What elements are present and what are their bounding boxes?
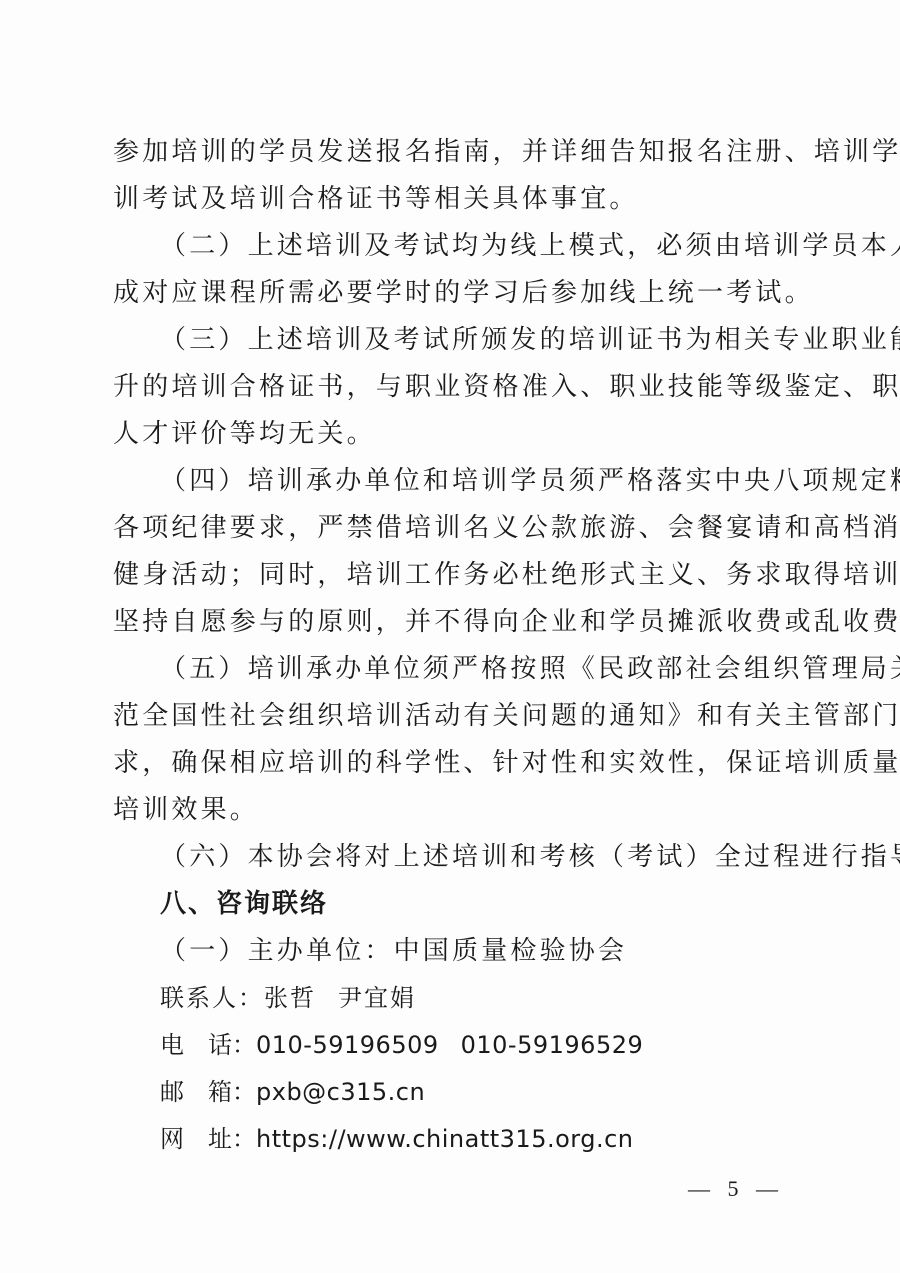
contact-person-label: 联系人： [160, 984, 264, 1012]
paragraph-line: 范全国性社会组织培训活动有关问题的通知》和有关主管部门的要 [113, 699, 793, 733]
paragraph-line: （二）上述培训及考试均为线上模式，必须由培训学员本人在完 [160, 229, 793, 263]
paragraph-line: 培训效果。 [113, 793, 793, 827]
paragraph-line: 人才评价等均无关。 [113, 417, 793, 451]
paragraph-line: 健身活动；同时，培训工作务必杜绝形式主义、务求取得培训实效， [113, 558, 793, 592]
paragraph-line: 坚持自愿参与的原则，并不得向企业和学员摊派收费或乱收费。 [113, 605, 793, 639]
paragraph-line: 求，确保相应培训的科学性、针对性和实效性，保证培训质量，提升 [113, 746, 793, 780]
phone-row: 电话：010-59196509010-59196529 [160, 1028, 840, 1062]
email-row: 邮箱：pxb@c315.cn [160, 1075, 840, 1109]
paragraph-line: 各项纪律要求，严禁借培训名义公款旅游、会餐宴请和高档消费娱乐 [113, 511, 793, 545]
website-row: 网址：https://www.chinatt315.org.cn [160, 1122, 840, 1156]
paragraph-line: （六）本协会将对上述培训和考核（考试）全过程进行指导监督。 [160, 840, 793, 874]
paragraph-line: 升的培训合格证书，与职业资格准入、职业技能等级鉴定、职业技能 [113, 370, 793, 404]
paragraph-line: （三）上述培训及考试所颁发的培训证书为相关专业职业能力提 [160, 323, 793, 357]
page-number: — 5 — [688, 1174, 784, 1204]
contact-person: 尹宜娟 [338, 984, 416, 1012]
phone-label: 电话： [160, 1028, 256, 1062]
document-page: 参加培训的学员发送报名指南，并详细告知报名注册、培训学习、培 训考试及培训合格证… [0, 0, 900, 1273]
website-link[interactable]: https://www.chinatt315.org.cn [256, 1125, 634, 1153]
paragraph-line: 参加培训的学员发送报名指南，并详细告知报名注册、培训学习、培 [113, 135, 793, 169]
contact-persons-row: 联系人：张哲尹宜娟 [160, 981, 840, 1015]
paragraph-line: （四）培训承办单位和培训学员须严格落实中央八项规定精神和 [160, 464, 793, 498]
paragraph-line: 成对应课程所需必要学时的学习后参加线上统一考试。 [113, 276, 793, 310]
organizer-line: （一）主办单位：中国质量检验协会 [160, 934, 793, 968]
phone-number: 010-59196529 [461, 1031, 644, 1059]
contact-person: 张哲 [264, 984, 316, 1012]
website-label: 网址： [160, 1122, 256, 1156]
section-heading: 八、咨询联络 [160, 887, 840, 921]
email-link[interactable]: pxb@c315.cn [256, 1078, 425, 1106]
paragraph-line: （五）培训承办单位须严格按照《民政部社会组织管理局关于规 [160, 652, 793, 686]
phone-number: 010-59196509 [256, 1031, 439, 1059]
paragraph-line: 训考试及培训合格证书等相关具体事宜。 [113, 182, 793, 216]
email-label: 邮箱： [160, 1075, 256, 1109]
